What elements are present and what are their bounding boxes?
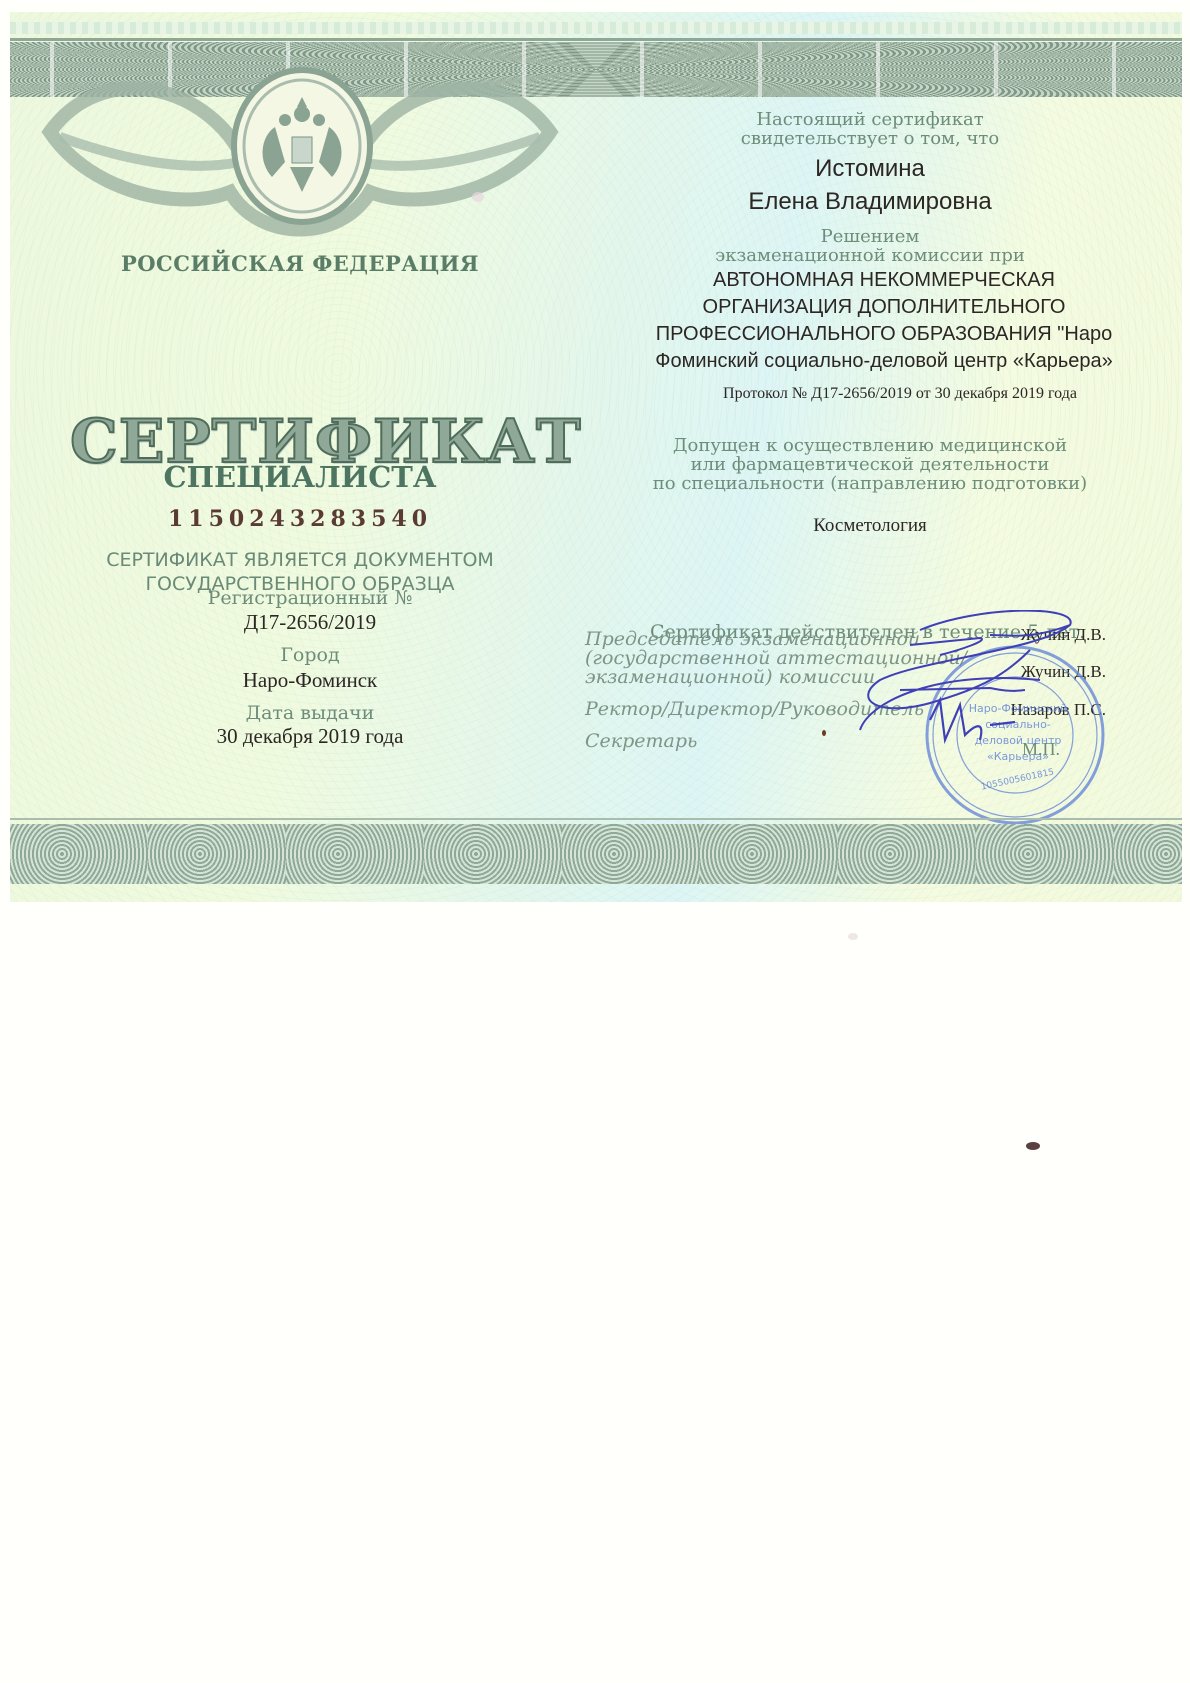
issue-date-value: 30 декабря 2019 года bbox=[120, 724, 500, 749]
city-value: Наро-Фоминск bbox=[120, 668, 500, 693]
city-label: Город bbox=[120, 644, 500, 666]
secretary-title: Секретарь bbox=[585, 732, 697, 751]
intro-line2: свидетельствует о том, что bbox=[600, 129, 1140, 148]
intro-text: Настоящий сертификат свидетельствует о т… bbox=[600, 110, 1140, 148]
coat-of-arms-icon bbox=[40, 42, 560, 242]
decision-line2: экзаменационной комиссии при bbox=[600, 246, 1140, 265]
top-border-line bbox=[10, 38, 1182, 41]
holder-surname: Истомина bbox=[600, 155, 1140, 183]
organization-line3: ПРОФЕССИОНАЛЬНОГО ОБРАЗОВАНИЯ "Наро bbox=[606, 321, 1162, 348]
state-document-note-line1: СЕРТИФИКАТ ЯВЛЯЕТСЯ ДОКУМЕНТОМ bbox=[70, 548, 530, 572]
decision-line1: Решением bbox=[600, 227, 1140, 246]
admission-line3: по специальности (направлению подготовки… bbox=[600, 474, 1140, 493]
emblem-ribbon-frame bbox=[40, 42, 560, 242]
serial-number: 1150243283540 bbox=[70, 506, 530, 532]
organization-line2: ОРГАНИЗАЦИЯ ДОПОЛНИТЕЛЬНОГО bbox=[606, 294, 1162, 321]
certificate: РОССИЙСКАЯ ФЕДЕРАЦИЯ СЕРТИФИКАТ СПЕЦИАЛИ… bbox=[10, 12, 1182, 902]
registration-value: Д17-2656/2019 bbox=[120, 610, 500, 635]
paper-speck-3 bbox=[1026, 1142, 1040, 1150]
admission-text: Допущен к осуществлению медицинской или … bbox=[600, 436, 1140, 493]
certificate-subtitle: СПЕЦИАЛИСТА bbox=[70, 460, 530, 494]
ink-speck bbox=[822, 730, 826, 736]
admission-line1: Допущен к осуществлению медицинской bbox=[600, 436, 1140, 455]
protocol: Протокол № Д17-2656/2019 от 30 декабря 2… bbox=[630, 385, 1170, 403]
country-name: РОССИЙСКАЯ ФЕДЕРАЦИЯ bbox=[70, 251, 530, 276]
decision-text: Решением экзаменационной комиссии при bbox=[600, 227, 1140, 265]
holder-given-names: Елена Владимировна bbox=[600, 188, 1140, 216]
organization-line4: Фоминский социально-деловой центр «Карье… bbox=[606, 348, 1162, 375]
organization-name: АВТОНОМНАЯ НЕКОММЕРЧЕСКАЯ ОРГАНИЗАЦИЯ ДО… bbox=[606, 267, 1162, 375]
top-border-band bbox=[10, 22, 1182, 34]
bottom-border-line bbox=[10, 818, 1182, 820]
specialty: Косметология bbox=[600, 515, 1140, 537]
admission-line2: или фармацевтической деятельности bbox=[600, 455, 1140, 474]
handwritten-signatures bbox=[840, 610, 1140, 780]
organization-line1: АВТОНОМНАЯ НЕКОММЕРЧЕСКАЯ bbox=[606, 267, 1162, 294]
registration-label: Регистрационный № bbox=[120, 587, 500, 609]
paper-speck-2 bbox=[848, 933, 858, 940]
issue-date-label: Дата выдачи bbox=[120, 702, 500, 724]
intro-line1: Настоящий сертификат bbox=[600, 110, 1140, 129]
paper-speck bbox=[472, 192, 484, 202]
bottom-ornament-border bbox=[10, 824, 1182, 884]
